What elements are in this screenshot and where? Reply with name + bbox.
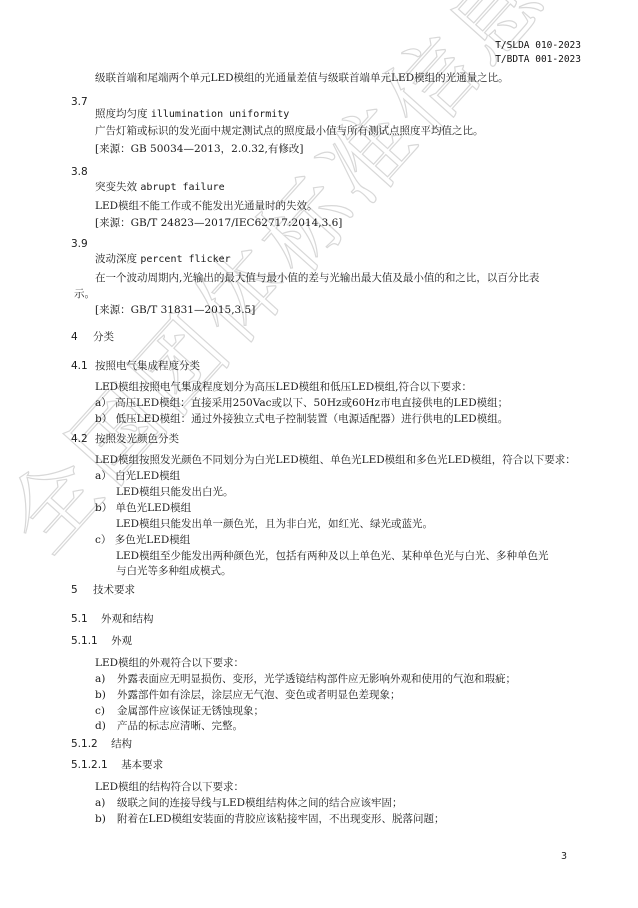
standard-code-slda: T/SLDA 010-2023	[495, 39, 581, 53]
section-number: 5.1.1	[71, 635, 98, 647]
section-title: 分类	[93, 331, 114, 343]
list-item: b） 单色光LED模组	[95, 501, 191, 515]
list-title: 白光LED模组	[115, 470, 180, 482]
term-en: abrupt failure	[140, 182, 224, 193]
section-title: 技术要求	[93, 584, 135, 596]
section-heading-5-1-2-1: 5.1.2.1 基本要求	[71, 758, 163, 772]
list-label: a)	[95, 672, 117, 686]
list-item: a)外露表面应无明显损伤、变形，光学透镜结构部件应无影响外观和使用的气泡和瑕疵；	[95, 672, 516, 686]
list-text: 产品的标志应清晰、完整。	[117, 720, 243, 732]
section-number: 5.1.2.1	[71, 759, 108, 771]
list-desc: LED模组只能发出白光。	[116, 485, 234, 499]
term-zh: 突变失效	[95, 181, 137, 193]
list-item: a)级联之间的连接导线与LED模组结构体之间的结合应该牢固；	[95, 796, 403, 810]
term-source: [来源：GB 50034—2013，2.0.32,有修改]	[95, 142, 304, 156]
list-item: b)附着在LED模组安装面的背胶应该粘接牢固，不出现变形、脱落问题；	[95, 812, 445, 826]
term-definition-line2: 示。	[74, 287, 95, 301]
term-number: 3.7	[71, 95, 88, 109]
section-title: 结构	[111, 738, 132, 750]
list-item: b） 低压LED模组：通过外接独立式电子控制装置（电源适配器）进行供电的LED模…	[95, 412, 508, 426]
section-number: 4.2	[71, 433, 88, 445]
section-heading-4: 4 分类	[71, 330, 114, 344]
section-title: 外观和结构	[101, 613, 154, 625]
term-source: [来源：GB/T 24823—2017/IEC62717:2014,3.6]	[95, 216, 342, 230]
section-number: 5.1.2	[71, 738, 98, 750]
list-desc: LED模组至少能发出两种颜色光，包括有两种及以上单色光、某种单色光与白光、多种单…	[116, 549, 549, 563]
standard-code-bdta: T/BDTA 001-2023	[495, 53, 581, 67]
list-label: b)	[95, 688, 117, 702]
section-title: 基本要求	[121, 759, 163, 771]
paragraph: LED模组的外观符合以下要求：	[95, 656, 244, 670]
list-title: 多色光LED模组	[115, 534, 191, 546]
section-heading-4-2: 4.2 按照发光颜色分类	[71, 432, 179, 446]
paragraph: LED模组按照电气集成程度划分为高压LED模组和低压LED模组,符合以下要求：	[95, 380, 472, 394]
list-label: c)	[95, 704, 117, 718]
term-number: 3.9	[71, 237, 88, 251]
section-number: 5	[71, 584, 78, 596]
term-definition: 广告灯箱或标识的发光面中规定测试点的照度最小值与所有测试点照度平均值之比。	[95, 124, 484, 138]
paragraph: LED模组按照发光颜色不同划分为白光LED模组、单色光LED模组和多色光LED模…	[95, 453, 576, 467]
list-item: c） 多色光LED模组	[95, 533, 190, 547]
list-label: b）	[95, 502, 112, 514]
list-label: b）	[95, 413, 112, 425]
list-item: b)外露部件如有涂层，涂层应无气泡、变色或者明显色差现象；	[95, 688, 401, 702]
list-desc: 与白光等多种组成模式。	[116, 564, 232, 578]
list-text: 外露表面应无明显损伤、变形，光学透镜结构部件应无影响外观和使用的气泡和瑕疵；	[117, 673, 516, 685]
list-desc: LED模组只能发出单一颜色光，且为非白光，如红光、绿光或蓝光。	[116, 517, 433, 531]
list-title: 单色光LED模组	[116, 502, 192, 514]
section-heading-5-1-1: 5.1.1 外观	[71, 634, 132, 648]
list-text: 外露部件如有涂层，涂层应无气泡、变色或者明显色差现象；	[117, 689, 401, 701]
list-label: c）	[95, 534, 111, 546]
term-zh: 波动深度	[95, 253, 137, 265]
paragraph: LED模组的结构符合以下要求：	[95, 780, 244, 794]
list-item: d)产品的标志应清晰、完整。	[95, 719, 243, 733]
list-text: 高压LED模组：直接采用250Vac或以下、50Hz或60Hz市电直接供电的LE…	[115, 397, 508, 409]
definition-continuation: 级联首端和尾端两个单元LED模组的光通量差值与级联首端单元LED模组的光通量之比…	[95, 71, 509, 85]
list-label: d)	[95, 719, 117, 733]
section-title: 外观	[111, 635, 132, 647]
term-heading: 波动深度 percent flicker	[95, 252, 231, 267]
term-source: [来源：GB/T 31831—2015,3.5]	[95, 303, 255, 317]
term-zh: 照度均匀度	[95, 108, 148, 120]
list-item: c)金属部件应该保证无锈蚀现象；	[95, 704, 264, 718]
term-definition: LED模组不能工作或不能发出光通量时的失效。	[95, 199, 318, 213]
section-number: 4.1	[71, 360, 88, 372]
term-en: percent flicker	[140, 254, 230, 265]
section-number: 5.1	[71, 613, 88, 625]
page-number: 3	[561, 851, 567, 862]
section-number: 4	[71, 331, 78, 343]
section-heading-5-1-2: 5.1.2 结构	[71, 737, 132, 751]
list-label: a）	[95, 470, 112, 482]
list-text: 金属部件应该保证无锈蚀现象；	[117, 705, 264, 717]
section-title: 按照发光颜色分类	[95, 433, 179, 445]
term-definition-line1: 在一个波动周期内,光输出的最大值与最小值的差与光输出最大值及最小值的和之比，以百…	[95, 271, 539, 285]
section-heading-4-1: 4.1 按照电气集成程度分类	[71, 359, 200, 373]
section-heading-5-1: 5.1 外观和结构	[71, 612, 154, 626]
list-item: a） 高压LED模组：直接采用250Vac或以下、50Hz或60Hz市电直接供电…	[95, 396, 508, 410]
term-heading: 突变失效 abrupt failure	[95, 180, 225, 195]
section-heading-5: 5 技术要求	[71, 583, 135, 597]
term-number: 3.8	[71, 165, 88, 179]
term-en: illumination uniformity	[151, 109, 289, 120]
term-heading: 照度均匀度 illumination uniformity	[95, 107, 289, 122]
watermark-text: 全国团体标准信息平台	[0, 0, 638, 575]
section-title: 按照电气集成程度分类	[95, 360, 200, 372]
list-label: a）	[95, 397, 112, 409]
standard-codes-header: T/SLDA 010-2023 T/BDTA 001-2023	[495, 39, 581, 67]
list-item: a） 白光LED模组	[95, 469, 180, 483]
list-label: a)	[95, 796, 117, 810]
list-label: b)	[95, 812, 117, 826]
list-text: 级联之间的连接导线与LED模组结构体之间的结合应该牢固；	[117, 797, 403, 809]
list-text: 附着在LED模组安装面的背胶应该粘接牢固，不出现变形、脱落问题；	[117, 813, 445, 825]
list-text: 低压LED模组：通过外接独立式电子控制装置（电源适配器）进行供电的LED模组。	[116, 413, 509, 425]
